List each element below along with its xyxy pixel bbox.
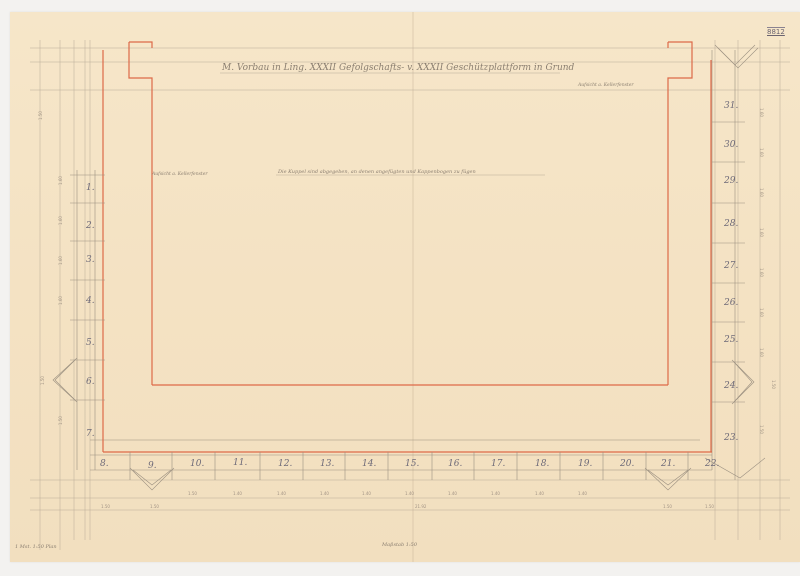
svg-text:1.: 1. [86,183,95,193]
left-dimensions: 1.60 1.60 1.60 1.60 1.50 1.50 1.50 [38,111,63,425]
chevron-details [53,45,765,490]
svg-text:1.60: 1.60 [759,108,764,117]
footer-left-note: 1 Mst. 1:50 Plan [15,544,57,550]
svg-text:1.60: 1.60 [58,176,63,185]
svg-text:10.: 10. [190,459,204,469]
svg-text:1.50: 1.50 [771,380,776,389]
svg-text:1.40: 1.40 [491,491,500,496]
architectural-plan: M. Vorbau in Ling. XXXII Gefolgschafts- … [0,0,800,576]
bottom-bay-numbers: 8. 9. 10. 11. 12. 13. 14. 15. 16. 17. 18… [100,458,719,471]
svg-text:4.: 4. [85,296,95,306]
svg-text:1.50: 1.50 [38,111,43,120]
svg-text:30.: 30. [724,140,738,150]
svg-text:23.: 23. [723,433,738,443]
bottom-dimensions: 1.50 1.40 1.40 1.40 1.40 1.40 1.40 1.40 … [101,491,714,509]
svg-text:31.: 31. [724,101,738,111]
svg-text:2.: 2. [85,221,95,231]
svg-text:20.: 20. [619,459,634,469]
svg-text:13.: 13. [320,459,334,469]
svg-text:16.: 16. [448,459,462,469]
svg-text:15.: 15. [405,459,419,469]
svg-text:1.50: 1.50 [58,416,63,425]
svg-text:19.: 19. [578,459,592,469]
svg-text:5.: 5. [86,338,95,348]
svg-text:8.: 8. [100,459,109,469]
center-note: Die Kuppel sind abgegeben, an denen ange… [277,169,476,175]
svg-text:27.: 27. [723,261,738,271]
svg-text:1.60: 1.60 [759,268,764,277]
svg-text:24.: 24. [723,381,738,391]
svg-text:1.40: 1.40 [405,491,414,496]
svg-text:1.40: 1.40 [578,491,587,496]
svg-text:1.50: 1.50 [101,504,110,509]
svg-text:1.60: 1.60 [58,216,63,225]
svg-text:7.: 7. [86,429,95,439]
left-note: Aufsicht a. Kellerfenster [151,171,208,177]
svg-text:1.60: 1.60 [759,348,764,357]
right-note: Aufsicht a. Kellerfenster [577,82,634,88]
svg-text:12.: 12. [278,459,292,469]
svg-text:21.: 21. [660,459,675,469]
svg-text:6.: 6. [86,377,95,387]
right-dimensions: 1.60 1.60 1.60 1.60 1.60 1.60 1.60 1.50 … [759,108,776,434]
svg-text:1.40: 1.40 [277,491,286,496]
svg-text:29.: 29. [723,176,738,186]
svg-text:14.: 14. [362,459,376,469]
svg-text:1.50: 1.50 [705,504,714,509]
svg-text:1.40: 1.40 [233,491,242,496]
svg-text:1.50: 1.50 [759,425,764,434]
svg-text:1.50: 1.50 [663,504,672,509]
red-inner-outline [103,42,712,452]
svg-text:17.: 17. [491,459,505,469]
svg-text:1.40: 1.40 [362,491,371,496]
svg-text:1.40: 1.40 [535,491,544,496]
svg-text:1.60: 1.60 [759,188,764,197]
svg-text:1.60: 1.60 [759,148,764,157]
svg-text:21.92: 21.92 [415,504,427,509]
svg-text:1.40: 1.40 [320,491,329,496]
svg-text:1.60: 1.60 [759,228,764,237]
archive-stamp: 8812 [767,27,785,36]
drawing-title: M. Vorbau in Ling. XXXII Gefolgschafts- … [221,63,575,73]
svg-text:1.50: 1.50 [188,491,197,496]
svg-text:9.: 9. [148,461,157,471]
svg-text:1.60: 1.60 [759,308,764,317]
svg-text:3.: 3. [86,255,95,265]
svg-text:26.: 26. [723,298,738,308]
svg-text:1.50: 1.50 [150,504,159,509]
svg-text:1.60: 1.60 [58,296,63,305]
svg-text:1.40: 1.40 [448,491,457,496]
svg-text:1.60: 1.60 [58,256,63,265]
svg-text:25.: 25. [723,335,738,345]
right-bay-numbers: 23. 24. 25. 26. 27. 28. 29. 30. 31. [723,101,738,443]
svg-text:1.50: 1.50 [40,376,45,385]
construction-grid [30,40,790,550]
svg-text:11.: 11. [233,458,247,468]
svg-text:22.: 22. [704,459,719,469]
svg-text:28.: 28. [723,219,738,229]
svg-text:18.: 18. [535,459,549,469]
outer-walls [77,50,735,480]
left-bay-ticks [70,175,105,400]
footer-scale-note: Maßstab 1:50 [381,542,418,548]
